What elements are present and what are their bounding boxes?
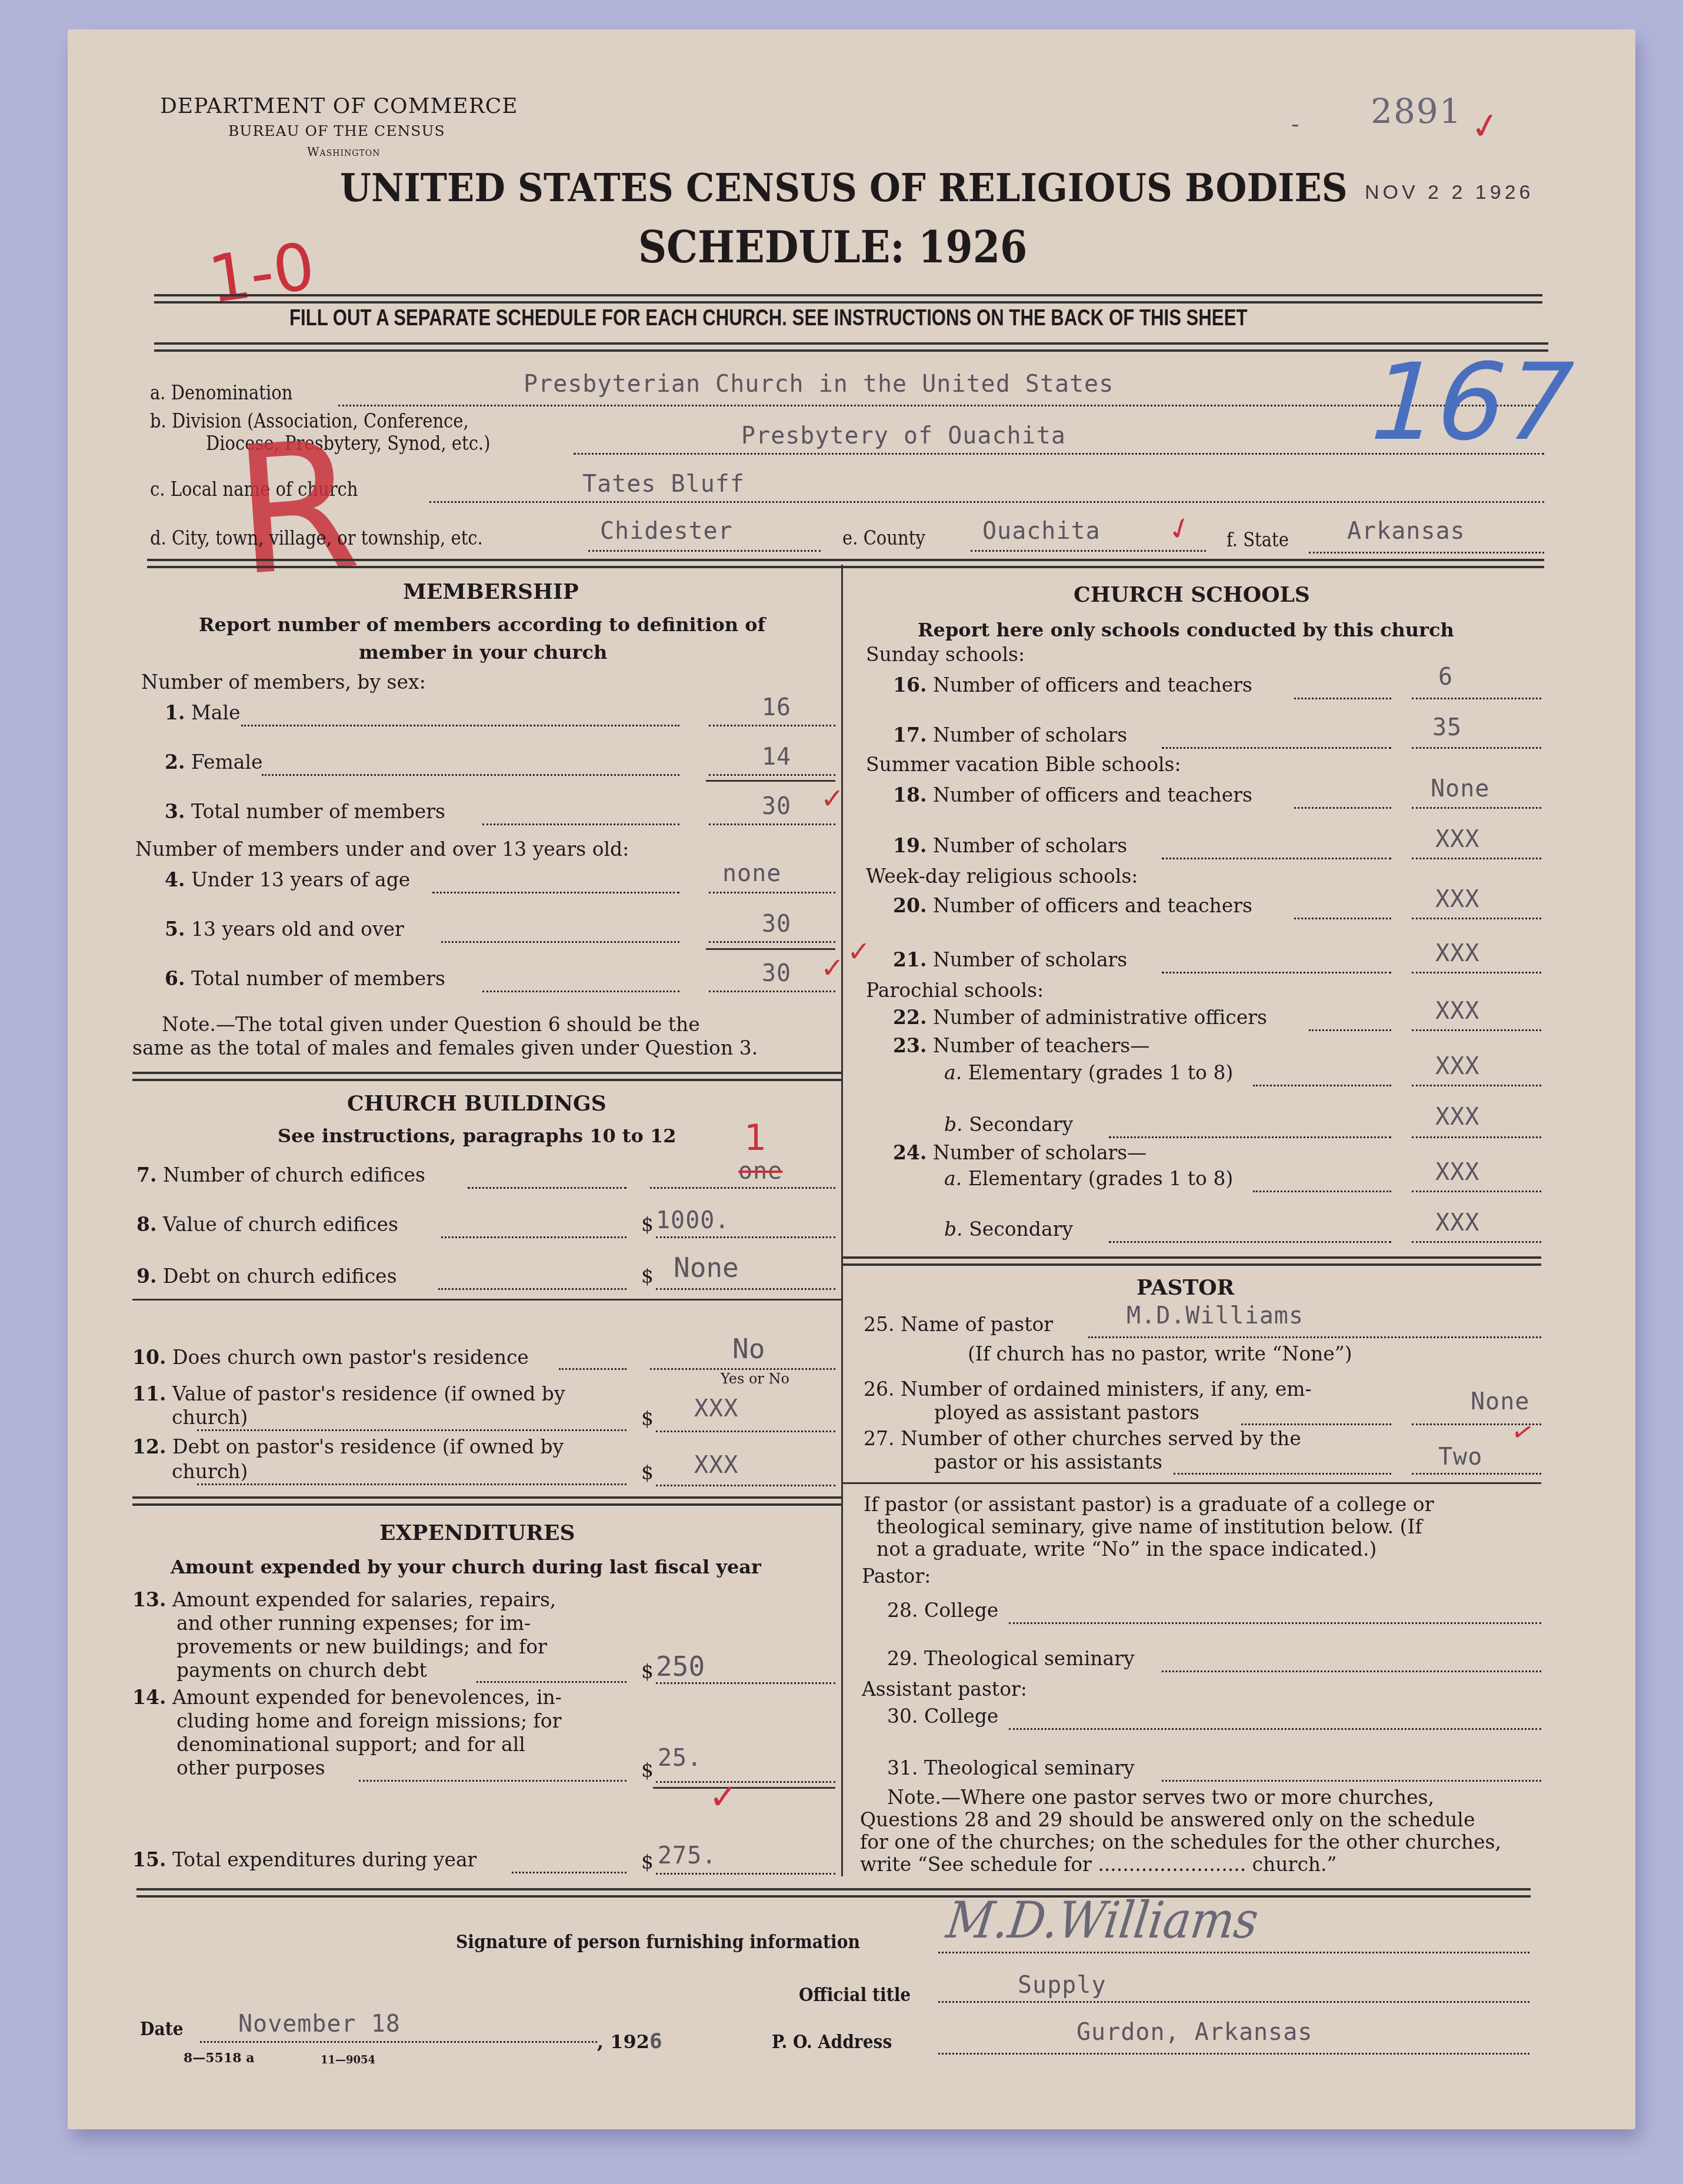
q18-line bbox=[1412, 807, 1541, 809]
schedule-number-stamp: 2891 bbox=[1371, 91, 1462, 131]
po-address-line bbox=[938, 2053, 1529, 2055]
q8-leader bbox=[441, 1236, 626, 1238]
q24a-label: Elementary (grades 1 to 8) bbox=[968, 1167, 1234, 1190]
sunday-schools-label: Sunday schools: bbox=[866, 643, 1025, 666]
graduate-instruction-line2: theological seminary, give name of insti… bbox=[877, 1515, 1422, 1538]
other-churches-field[interactable]: Two bbox=[1438, 1443, 1482, 1471]
pastor-name-field[interactable]: M.D.Williams bbox=[1127, 1302, 1304, 1329]
female-members-field[interactable]: 14 bbox=[762, 743, 791, 771]
summer-schools-label: Summer vacation Bible schools: bbox=[866, 753, 1181, 776]
total-expenditures-field[interactable]: 275. bbox=[658, 1842, 716, 1869]
q2-sum-line bbox=[706, 780, 835, 782]
pastor-note-line2: Questions 28 and 29 should be answered o… bbox=[860, 1808, 1475, 1831]
q21-leader bbox=[1162, 972, 1391, 973]
benevolences-field[interactable]: 25. bbox=[658, 1745, 702, 1772]
q24b-label: Secondary bbox=[969, 1218, 1073, 1241]
state-field[interactable]: Arkansas bbox=[1347, 518, 1465, 545]
church-edifices-count-field[interactable]: one bbox=[738, 1158, 782, 1185]
city-field[interactable]: Chidester bbox=[600, 518, 733, 545]
q12-number: 12. bbox=[132, 1435, 166, 1458]
q24a-leader bbox=[1253, 1191, 1391, 1192]
blue-code-annotation: 167 bbox=[1355, 341, 1588, 464]
q24b-line bbox=[1412, 1241, 1541, 1243]
schools-subtitle: Report here only schools conducted by th… bbox=[918, 619, 1454, 641]
membership-note-cont: same as the total of males and females g… bbox=[132, 1036, 758, 1059]
q24b-leader bbox=[1109, 1241, 1391, 1243]
q27-label: 27. Number of other churches served by t… bbox=[864, 1427, 1301, 1450]
q8-line bbox=[656, 1236, 835, 1238]
date-field[interactable]: November 18 bbox=[238, 2010, 401, 2038]
q11-leader bbox=[197, 1429, 626, 1431]
denomination-label: a. Denomination bbox=[150, 381, 292, 404]
q7-line bbox=[650, 1187, 835, 1189]
department-heading: DEPARTMENT OF COMMERCE bbox=[160, 94, 518, 118]
assistant-college-field[interactable] bbox=[1009, 1728, 1541, 1730]
q22-line bbox=[1412, 1029, 1541, 1031]
schedule-year-title: SCHEDULE: 1926 bbox=[638, 222, 1027, 273]
residence-value-field[interactable]: XXX bbox=[694, 1395, 738, 1422]
county-field[interactable]: Ouachita bbox=[982, 518, 1101, 545]
instruction-banner: FILL OUT A SEPARATE SCHEDULE FOR EACH CH… bbox=[289, 306, 1247, 331]
q19-label: Number of scholars bbox=[933, 834, 1127, 857]
expenditures-heading: EXPENDITURES bbox=[379, 1521, 575, 1545]
signature-label: Signature of person furnishing informati… bbox=[456, 1930, 860, 1953]
q16-leader bbox=[1294, 698, 1391, 699]
q5-number: 5. bbox=[165, 918, 185, 941]
members-by-sex-label: Number of members, by sex: bbox=[141, 671, 426, 693]
check-mark-icon: ✓ bbox=[709, 1776, 738, 1818]
q23-number: 23. bbox=[893, 1034, 927, 1057]
membership-subtitle: Report number of members according to de… bbox=[199, 613, 765, 636]
pastor-note-line3: for one of the churches; on the schedule… bbox=[860, 1830, 1501, 1853]
footer-divider bbox=[136, 1888, 1531, 1890]
pastor-divider bbox=[841, 1482, 1541, 1484]
assistant-pastor-subheading: Assistant pastor: bbox=[862, 1678, 1027, 1700]
q26-label-cont: ployed as assistant pastors bbox=[934, 1401, 1199, 1424]
q14-label-line4: other purposes bbox=[176, 1756, 325, 1779]
city-heading: Washington bbox=[307, 145, 381, 159]
total-members-by-age-field[interactable]: 30 bbox=[762, 960, 791, 987]
denomination-line bbox=[338, 405, 1544, 406]
po-address-field[interactable]: Gurdon, Arkansas bbox=[1077, 2019, 1312, 2046]
q24b-letter: b. bbox=[944, 1218, 963, 1241]
received-date-stamp: NOV 2 2 1926 bbox=[1365, 181, 1534, 204]
pastor-note: Note.—Where one pastor serves two or mor… bbox=[887, 1786, 1434, 1809]
expenditures-subtitle: Amount expended by your church during la… bbox=[171, 1556, 761, 1578]
total-members-field[interactable]: 30 bbox=[762, 793, 791, 820]
weekday-schools-label: Week-day religious schools: bbox=[866, 865, 1138, 888]
admin-officers-field[interactable]: XXX bbox=[1435, 998, 1479, 1025]
q20-label: Number of officers and teachers bbox=[933, 894, 1252, 917]
q9-number: 9. bbox=[136, 1265, 156, 1288]
q26-leader bbox=[1241, 1423, 1391, 1425]
weekday-scholars-field[interactable]: XXX bbox=[1435, 940, 1479, 967]
check-mark-icon: ✓ bbox=[821, 782, 844, 815]
q24a-line bbox=[1412, 1191, 1541, 1192]
q25-label: 25. Name of pastor bbox=[864, 1313, 1053, 1336]
q23b-leader bbox=[1109, 1136, 1391, 1138]
city-label: d. City, town, village, or township, etc… bbox=[150, 526, 483, 549]
membership-heading: MEMBERSHIP bbox=[403, 579, 579, 604]
red-letter-annotation: R bbox=[228, 402, 365, 615]
schools-divider bbox=[841, 1256, 1541, 1259]
q2-line bbox=[709, 774, 835, 776]
check-mark-icon: ✓ bbox=[821, 952, 844, 985]
q12-label: Debt on pastor's residence (if owned by bbox=[172, 1435, 564, 1458]
buildings-bottom-divider bbox=[132, 1496, 841, 1499]
buildings-heading: CHURCH BUILDINGS bbox=[347, 1091, 606, 1116]
q20-number: 20. bbox=[893, 894, 927, 917]
q1-line bbox=[709, 725, 835, 726]
county-line bbox=[971, 550, 1206, 552]
header-divider bbox=[154, 294, 1542, 296]
owns-residence-field[interactable]: No bbox=[732, 1333, 765, 1365]
identification-divider bbox=[147, 559, 1544, 561]
summer-officers-field[interactable]: None bbox=[1431, 775, 1489, 802]
q15-line bbox=[656, 1873, 835, 1875]
church-edifice-value-field[interactable]: 1000. bbox=[656, 1207, 729, 1234]
q6-leader bbox=[482, 991, 679, 992]
q7-leader bbox=[468, 1187, 626, 1189]
seminary-field[interactable] bbox=[1162, 1670, 1541, 1672]
q10-number: 10. bbox=[132, 1346, 166, 1369]
q6-line bbox=[709, 991, 835, 992]
male-members-field[interactable]: 16 bbox=[762, 694, 791, 721]
q5-leader bbox=[441, 941, 679, 943]
q11-line bbox=[656, 1431, 835, 1432]
q9-leader bbox=[438, 1288, 626, 1290]
q14-label-line2: cluding home and foreign missions; for bbox=[176, 1709, 561, 1732]
q13-line bbox=[656, 1682, 835, 1684]
q2-number: 2. bbox=[165, 751, 185, 773]
form-title: UNITED STATES CENSUS OF RELIGIOUS BODIES bbox=[340, 165, 1348, 211]
under-13-field[interactable]: none bbox=[722, 860, 781, 887]
q9-dollar-sign: $ bbox=[641, 1265, 654, 1288]
q13-label-line2: and other running expenses; for im- bbox=[176, 1612, 531, 1635]
q19-number: 19. bbox=[893, 834, 927, 857]
q23a-letter: a. bbox=[944, 1061, 962, 1084]
q22-label: Number of administrative officers bbox=[933, 1006, 1267, 1029]
q26-label: 26. Number of ordained ministers, if any… bbox=[864, 1378, 1312, 1401]
q14-line bbox=[656, 1781, 835, 1783]
q13-label-line3: provements or new buildings; and for bbox=[176, 1635, 547, 1658]
division-field[interactable]: Presbytery of Ouachita bbox=[741, 422, 1066, 449]
q9-line bbox=[656, 1288, 835, 1290]
column-divider bbox=[841, 565, 843, 1876]
date-label: Date bbox=[140, 2018, 184, 2040]
q17-label: Number of scholars bbox=[933, 723, 1127, 746]
weekday-officers-field[interactable]: XXX bbox=[1435, 886, 1479, 913]
q20-line bbox=[1412, 918, 1541, 919]
instruction-divider bbox=[154, 342, 1548, 345]
q17-number: 17. bbox=[893, 723, 927, 746]
q14-label-line3: denominational support; and for all bbox=[176, 1733, 525, 1756]
q2-label: Female bbox=[191, 751, 263, 773]
members-by-age-label: Number of members under and over 13 year… bbox=[135, 838, 629, 861]
q12-line bbox=[656, 1485, 835, 1486]
q17-leader bbox=[1162, 747, 1391, 749]
sunday-scholars-field[interactable]: 35 bbox=[1432, 714, 1462, 741]
q21-number: 21. bbox=[893, 948, 927, 971]
q24-number: 24. bbox=[893, 1141, 927, 1164]
q30-label: 30. College bbox=[887, 1705, 998, 1728]
city-line bbox=[588, 550, 821, 552]
q15-leader bbox=[512, 1872, 626, 1873]
check-mark-icon: ✓ bbox=[847, 935, 871, 968]
q5-label: 13 years old and over bbox=[191, 918, 404, 941]
secondary-scholars-field[interactable]: XXX bbox=[1435, 1209, 1479, 1236]
dash-mark: - bbox=[1291, 111, 1299, 138]
membership-note: Note.—The total given under Question 6 s… bbox=[162, 1013, 700, 1036]
q4-line bbox=[709, 892, 835, 893]
church-edifice-debt-field[interactable]: None bbox=[674, 1252, 739, 1283]
membership-divider bbox=[132, 1072, 841, 1074]
q10-line bbox=[650, 1368, 835, 1370]
print-number: 11—9054 bbox=[321, 2054, 375, 2066]
official-title-field[interactable]: Supply bbox=[1018, 1972, 1107, 1999]
summer-scholars-field[interactable]: XXX bbox=[1435, 826, 1479, 853]
graduate-instruction: If pastor (or assistant pastor) is a gra… bbox=[864, 1493, 1434, 1516]
q24-label: Number of scholars— bbox=[933, 1141, 1147, 1164]
q23b-label: Secondary bbox=[969, 1113, 1073, 1136]
assistant-seminary-field[interactable] bbox=[1162, 1780, 1541, 1782]
q8-dollar-sign: $ bbox=[641, 1213, 654, 1236]
q18-number: 18. bbox=[893, 783, 927, 806]
q23b-line bbox=[1412, 1136, 1541, 1138]
q27-line bbox=[1412, 1473, 1541, 1475]
q10-label: Does church own pastor's residence bbox=[172, 1346, 529, 1369]
q17-line bbox=[1412, 747, 1541, 749]
running-expenses-field[interactable]: 250 bbox=[656, 1650, 705, 1682]
q8-label: Value of church edifices bbox=[163, 1213, 398, 1236]
sunday-officers-field[interactable]: 6 bbox=[1438, 663, 1453, 691]
q23a-leader bbox=[1253, 1085, 1391, 1086]
q9-label: Debt on church edifices bbox=[163, 1265, 397, 1288]
q14-number: 14. bbox=[132, 1686, 166, 1709]
q16-line bbox=[1412, 698, 1541, 699]
q5-sum-line bbox=[706, 948, 835, 950]
q11-label-cont: church) bbox=[172, 1406, 248, 1429]
q1-number: 1. bbox=[165, 701, 185, 724]
county-label: e. County bbox=[842, 526, 925, 549]
residence-debt-field[interactable]: XXX bbox=[694, 1452, 738, 1479]
schools-heading: CHURCH SCHOOLS bbox=[1074, 582, 1310, 607]
q8-number: 8. bbox=[136, 1213, 156, 1236]
q23a-label: Elementary (grades 1 to 8) bbox=[968, 1061, 1234, 1084]
q6-label: Total number of members bbox=[191, 967, 445, 990]
official-title-label: Official title bbox=[799, 1983, 911, 2006]
q29-label: 29. Theological seminary bbox=[887, 1647, 1135, 1670]
q13-label: Amount expended for salaries, repairs, bbox=[172, 1588, 556, 1611]
q5-line bbox=[709, 941, 835, 943]
q21-line bbox=[1412, 972, 1541, 973]
q31-label: 31. Theological seminary bbox=[887, 1756, 1135, 1779]
pastor-heading: PASTOR bbox=[1137, 1275, 1234, 1300]
q19-leader bbox=[1162, 858, 1391, 859]
year-digit-field[interactable]: 6 bbox=[649, 2029, 663, 2053]
q2-leader bbox=[262, 774, 679, 776]
q12-leader bbox=[197, 1483, 626, 1485]
q13-label-line4: payments on church debt bbox=[176, 1659, 427, 1682]
q11-label: Value of pastor's residence (if owned by bbox=[172, 1382, 565, 1405]
q12-label-cont: church) bbox=[172, 1460, 248, 1483]
red-code-annotation: 1-0 bbox=[204, 228, 319, 318]
q22-number: 22. bbox=[893, 1006, 927, 1029]
signature-line bbox=[938, 1952, 1529, 1953]
graduate-instruction-line3: not a graduate, write “No” in the space … bbox=[877, 1538, 1377, 1561]
bureau-heading: BUREAU OF THE CENSUS bbox=[228, 122, 445, 139]
local-name-line bbox=[429, 501, 1544, 503]
q7-number: 7. bbox=[136, 1163, 156, 1186]
q7-label: Number of church edifices bbox=[163, 1163, 425, 1186]
elementary-teachers-field[interactable]: XXX bbox=[1435, 1053, 1479, 1080]
q18-label: Number of officers and teachers bbox=[933, 783, 1252, 806]
q23b-letter: b. bbox=[944, 1113, 963, 1136]
po-address-label: P. O. Address bbox=[772, 2030, 892, 2053]
secondary-teachers-field[interactable]: XXX bbox=[1435, 1103, 1479, 1131]
q15-dollar-sign: $ bbox=[641, 1850, 654, 1873]
q10-leader bbox=[559, 1368, 626, 1370]
q23-label: Number of teachers— bbox=[933, 1034, 1149, 1057]
official-title-line bbox=[938, 2001, 1529, 2003]
yes-or-no-hint: Yes or No bbox=[721, 1371, 789, 1387]
q11-number: 11. bbox=[132, 1382, 166, 1405]
over-13-field[interactable]: 30 bbox=[762, 911, 791, 938]
q4-label: Under 13 years of age bbox=[191, 868, 410, 891]
year-prefix: , 192 bbox=[597, 2030, 649, 2053]
membership-subtitle-cont: member in your church bbox=[359, 641, 607, 663]
q4-number: 4. bbox=[165, 868, 185, 891]
q14-label: Amount expended for benevolences, in- bbox=[172, 1686, 562, 1709]
q6-number: 6. bbox=[165, 967, 185, 990]
q15-number: 15. bbox=[132, 1848, 166, 1871]
q14-sum-line bbox=[653, 1787, 835, 1789]
local-name-field[interactable]: Tates Bluff bbox=[582, 471, 745, 498]
college-field[interactable] bbox=[1009, 1622, 1541, 1624]
q13-leader bbox=[476, 1681, 626, 1683]
parochial-schools-label: Parochial schools: bbox=[866, 979, 1044, 1002]
buildings-divider bbox=[132, 1299, 841, 1301]
q23a-line bbox=[1412, 1085, 1541, 1086]
q18-leader bbox=[1294, 807, 1391, 809]
q4-leader bbox=[432, 892, 679, 893]
q3-number: 3. bbox=[165, 800, 185, 823]
q1-label: Male bbox=[191, 701, 241, 724]
buildings-subtitle: See instructions, paragraphs 10 to 12 bbox=[278, 1125, 676, 1147]
q14-leader bbox=[359, 1780, 626, 1782]
date-line bbox=[200, 2041, 597, 2043]
q3-label: Total number of members bbox=[191, 800, 445, 823]
q25-hint: (If church has no pastor, write “None”) bbox=[968, 1342, 1352, 1365]
q27-label-cont: pastor or his assistants bbox=[934, 1451, 1162, 1473]
pastor-subheading: Pastor: bbox=[862, 1565, 931, 1588]
assistant-pastors-field[interactable]: None bbox=[1471, 1388, 1529, 1415]
division-line bbox=[574, 453, 1544, 455]
denomination-field[interactable]: Presbyterian Church in the United States bbox=[524, 371, 1114, 398]
q3-leader bbox=[482, 823, 679, 825]
state-label: f. State bbox=[1227, 528, 1289, 551]
signature-field[interactable]: M.D.Williams bbox=[944, 1892, 1262, 1950]
elementary-scholars-field[interactable]: XXX bbox=[1435, 1159, 1479, 1186]
form-number: 8—5518 a bbox=[184, 2050, 254, 2066]
q13-dollar-sign: $ bbox=[641, 1660, 654, 1683]
q27-leader bbox=[1174, 1473, 1391, 1475]
q28-label: 28. College bbox=[887, 1599, 998, 1622]
pastor-note-line4: write “See schedule for ................… bbox=[860, 1853, 1337, 1876]
q11-dollar-sign: $ bbox=[641, 1407, 654, 1430]
q25-line bbox=[1088, 1336, 1541, 1338]
q1-leader bbox=[241, 725, 679, 726]
q15-label: Total expenditures during year bbox=[172, 1848, 476, 1871]
q16-label: Number of officers and teachers bbox=[933, 673, 1252, 696]
q24a-letter: a. bbox=[944, 1167, 962, 1190]
q16-number: 16. bbox=[893, 673, 927, 696]
q22-leader bbox=[1309, 1029, 1391, 1031]
q21-label: Number of scholars bbox=[933, 948, 1127, 971]
q19-line bbox=[1412, 858, 1541, 859]
edifice-correction-annotation: 1 bbox=[744, 1118, 766, 1159]
q13-number: 13. bbox=[132, 1588, 166, 1611]
q14-dollar-sign: $ bbox=[641, 1759, 654, 1782]
state-line bbox=[1309, 552, 1544, 553]
q3-line bbox=[709, 823, 835, 825]
q20-leader bbox=[1294, 918, 1391, 919]
q12-dollar-sign: $ bbox=[641, 1461, 654, 1484]
